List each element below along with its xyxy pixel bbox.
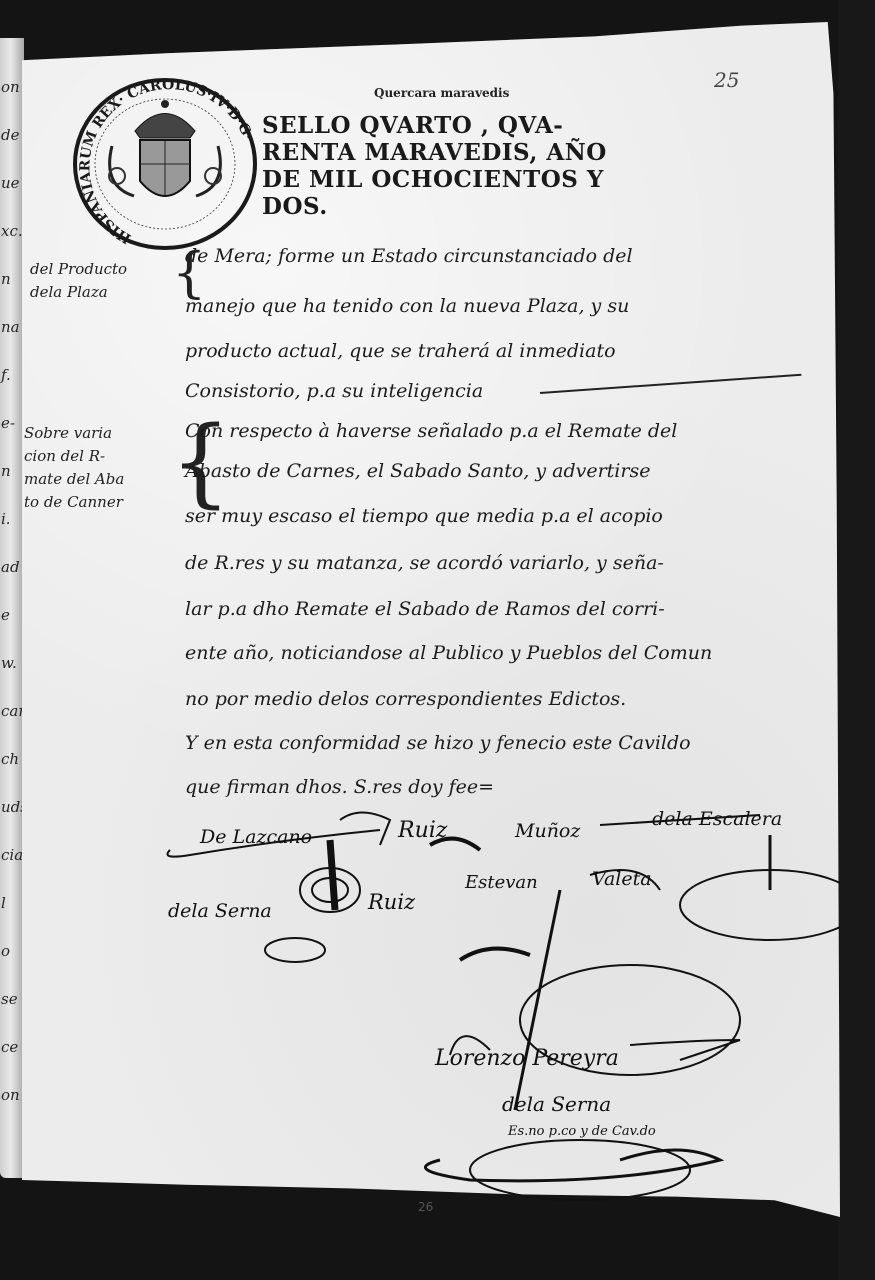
adjacent-page-fragment: ad <box>1 558 20 576</box>
background-edge <box>838 0 875 1280</box>
adjacent-page-fragment: on <box>1 78 20 96</box>
adjacent-page-fragment: cia <box>1 846 23 864</box>
adjacent-page-fragment: e <box>1 606 10 624</box>
adjacent-page-text: ondeuexc.nnaf.e-ni.adew.canchudscialosec… <box>0 38 24 1178</box>
body-line: manejo que ha tenido con la nueva Plaza,… <box>185 295 629 317</box>
stamp-title: SELLO QVARTO , QVA- RENTA MARAVEDIS, AÑO… <box>262 112 662 220</box>
body-line: Abasto de Carnes, el Sabado Santo, y adv… <box>185 460 650 482</box>
margin-note-line: to de Canner <box>24 491 124 514</box>
stamp-title-line: DE MIL OCHOCIENTOS Y <box>262 166 662 193</box>
body-line: de R.res y su matanza, se acordó variarl… <box>185 552 664 574</box>
body-line: no por medio delos correspondientes Edic… <box>185 688 626 710</box>
adjacent-page-edge: ondeuexc.nnaf.e-ni.adew.canchudscialosec… <box>0 38 24 1178</box>
adjacent-page-fragment: n <box>1 270 11 288</box>
adjacent-page-fragment: l <box>1 894 6 912</box>
royal-seal-icon: HISPANIARUM REX· CAROLUS·IV·D·G· <box>72 76 258 250</box>
adjacent-page-fragment: w. <box>1 654 17 672</box>
adjacent-page-fragment: xc. <box>1 222 23 240</box>
margin-note-line: Sobre varia <box>24 422 124 445</box>
body-line: ente año, noticiandose al Publico y Pueb… <box>185 642 712 664</box>
folio-number: 25 <box>714 68 739 92</box>
margin-note-line: dela Plaza <box>30 281 127 304</box>
adjacent-page-fragment: ue <box>1 174 20 192</box>
body-line: que firman dhos. S.res doy fee= <box>185 776 494 798</box>
adjacent-page-fragment: on <box>1 1086 20 1104</box>
signature-flourishes <box>160 800 840 1220</box>
adjacent-page-fragment: ch <box>1 750 19 768</box>
adjacent-page-fragment: de <box>1 126 19 144</box>
body-line: ser muy escaso el tiempo que media p.a e… <box>185 505 663 527</box>
adjacent-page-fragment: o <box>1 942 10 960</box>
body-line: lar p.a dho Remate el Sabado de Ramos de… <box>185 598 665 620</box>
adjacent-page-fragment: na <box>1 318 20 336</box>
adjacent-page-fragment: n <box>1 462 11 480</box>
stamp-title-line: RENTA MARAVEDIS, AÑO <box>262 139 662 166</box>
body-line: producto actual, que se traherá al inmed… <box>185 340 616 362</box>
body-line: Y en esta conformidad se hizo y fenecio … <box>185 732 691 754</box>
margin-note-line: cion del R- <box>24 445 124 468</box>
body-line: Con respecto à haverse señalado p.a el R… <box>185 420 677 442</box>
margin-note-producto: del Producto dela Plaza <box>30 258 127 304</box>
adjacent-page-fragment: ce <box>1 1038 18 1056</box>
adjacent-page-fragment: e- <box>1 414 15 432</box>
stamp-title-line: SELLO QVARTO , QVA- <box>262 112 662 139</box>
adjacent-page-fragment: se <box>1 990 18 1008</box>
stamp-title-line: DOS. <box>262 193 662 220</box>
stamp-header: Quercara maravedis <box>374 86 509 100</box>
adjacent-page-fragment: i. <box>1 510 11 528</box>
body-line: de Mera; forme un Estado circunstanciado… <box>185 245 633 267</box>
adjacent-page-fragment: f. <box>1 366 11 384</box>
margin-note-line: mate del Aba <box>24 468 124 491</box>
page-number: 26 <box>418 1200 433 1214</box>
margin-note-line: del Producto <box>30 258 127 281</box>
margin-note-remate: Sobre varia cion del R- mate del Aba to … <box>24 422 124 514</box>
body-line: Consistorio, p.a su inteligencia <box>185 380 483 402</box>
